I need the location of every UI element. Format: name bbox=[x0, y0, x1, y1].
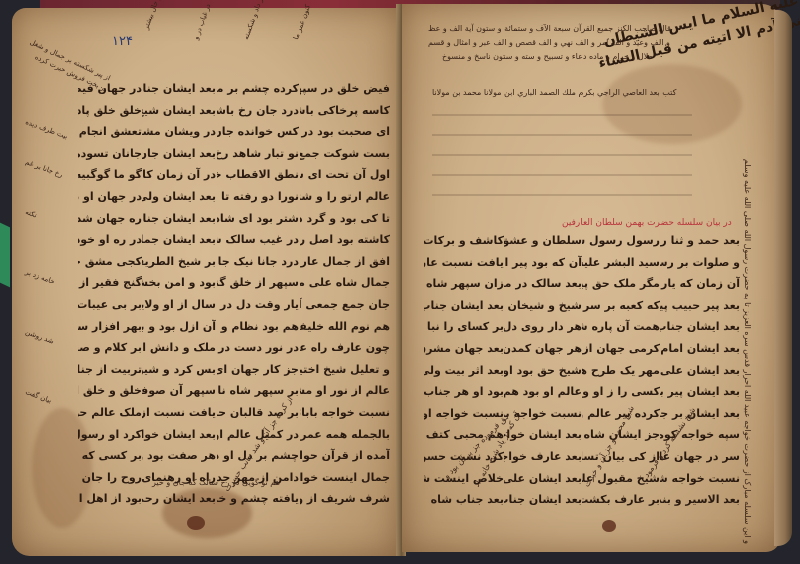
side-note: بیت طرف دیده bbox=[24, 118, 69, 142]
text-line: زان سپهر شاه بود bbox=[424, 273, 504, 295]
text-line: بست شوکت جمع بر خاکی در راد bbox=[300, 143, 390, 165]
text-line: درد جانا نیک جان حبیب bbox=[217, 251, 299, 273]
text-line: بود او هر جناب حق bbox=[424, 381, 504, 403]
header-note: حلال و حرام و ماده دعاء و تسبيح و سته و … bbox=[442, 52, 653, 61]
text-line: نسبت خواجه شیخ برکت bbox=[660, 468, 740, 490]
text-line: در ره او خود زهر داد bbox=[78, 229, 142, 251]
text-line: مگر ملک حق پیش آن bbox=[582, 273, 660, 295]
text-line: بهر افزار ساز از نام bbox=[78, 316, 142, 338]
text-line: بعد ایشان جان رضا bbox=[142, 143, 216, 165]
left-page: ۱۲۴ بهر حال بیشتر در غیاب در و بر داد و … bbox=[12, 8, 400, 556]
text-line: بر عارف بکشت تا جمر ات bbox=[582, 489, 660, 511]
text-line: بر کلام و صفی از ذات bbox=[78, 337, 142, 359]
text-line: بعد ایشان جناب بابا bbox=[504, 489, 582, 511]
text-line: درد جان رخ باشی سرودم bbox=[217, 100, 299, 122]
text-line: خلاص اینست شهره bbox=[424, 468, 504, 490]
text-line: گو ما گوگبیه سعادت ها bbox=[78, 164, 142, 186]
text-line: بر کسای را نبا قلب وحی bbox=[424, 316, 504, 338]
text-line: تا کی بود و گرد در همه جوش bbox=[300, 208, 390, 230]
text-line: عالم او بود هم بنده bbox=[504, 381, 582, 403]
text-line: کسی را ز او ولی ملک bbox=[582, 381, 660, 403]
text-line: بعد ایشان جناب سعد او bbox=[142, 208, 216, 230]
vertical-margin-note: و این سلسله مبارک از حضرت خواجه عبید الل… bbox=[743, 104, 752, 544]
text-line: کرد او رسول ا فزار bbox=[78, 424, 142, 446]
text-line: آن که بود پیر او صدیق bbox=[504, 252, 582, 274]
text-line: که کعبه بر سر او bbox=[582, 295, 660, 317]
text-line: یافت نسبت از و خلیفه الله bbox=[142, 402, 216, 424]
text-line: بود و امن بخش او ولی bbox=[142, 272, 216, 294]
side-note: نکته bbox=[24, 208, 38, 220]
text-line: سال از او ولایت و بر حاله bbox=[142, 294, 216, 316]
text-line: کرمی جهان از آن دات bbox=[582, 338, 660, 360]
bottom-note: هم تو گویی در رخ سالک که جان و خیر bbox=[152, 478, 280, 487]
rubric-heading: در بيان سلسله حضرت بهمن سلطان العارفين bbox=[562, 218, 732, 228]
text-line: بعد عارف خواجه رواشت bbox=[504, 446, 582, 468]
text-line: سر در جهان عالم او ست bbox=[660, 446, 740, 468]
text-column-1: فیض خلق در سپهر بجان بلات کاسه پرخاکی با… bbox=[300, 78, 390, 510]
text-line: یافت نسبت عارف نور bbox=[424, 252, 504, 274]
text-line: کس خوانده جان آن ذات bbox=[217, 121, 299, 143]
text-line: سپهر از خلق گنبد ابراهیم bbox=[217, 272, 299, 294]
text-line: در جهان او بنده کجی bbox=[78, 186, 142, 208]
faded-line bbox=[432, 114, 692, 116]
text-line: ملک و دانش او حق هم bbox=[142, 337, 216, 359]
text-line: ملک عالم حق ا اهل الله bbox=[78, 402, 142, 424]
text-line: ای صحبت بود در رهداد خاست bbox=[300, 121, 390, 143]
text-line: بر بی عیبات اثر بود bbox=[78, 294, 142, 316]
text-line: بعد ایشان بر جهان مکان bbox=[660, 403, 740, 425]
text-line: بعد ایشان خواجه قاسم bbox=[142, 424, 216, 446]
margin-note: در غیاب در و bbox=[192, 3, 213, 41]
text-line: هر جهان کمدن او را bbox=[504, 338, 582, 360]
text-line: بعد ایشان خواجه علا جان bbox=[504, 424, 582, 446]
side-note: بیان گفت bbox=[24, 388, 53, 406]
text-line: سپهر آن صوفیان ولی ب bbox=[142, 380, 216, 402]
page-edges bbox=[774, 10, 792, 546]
bookmark-ribbon bbox=[0, 223, 10, 288]
text-line: نطق الاقطاب خواجه علا bbox=[217, 164, 299, 186]
text-line: جز کار جهان ای کار نکرده bbox=[217, 359, 299, 381]
text-line: هم بود نظام و خاص bbox=[217, 316, 299, 338]
text-line: نورا دو رفته تا عالم و در bbox=[217, 186, 299, 208]
text-line: شتر بود ای شاد و در حق bbox=[217, 208, 299, 230]
text-line: چون عارف راه عشق آن کاشتی bbox=[300, 337, 390, 359]
text-line: کرده چشم بر ما بر یک است bbox=[217, 78, 299, 100]
text-line: بعد ایشان جناب خواجه bbox=[424, 295, 504, 317]
text-column-4: در جهان فیض زد کامل خلق خلق پادشاه تعشق … bbox=[78, 78, 142, 510]
text-line: بعد جناب شاه bbox=[424, 489, 504, 511]
text-line: رسول رسول سلطان بس bbox=[582, 230, 660, 252]
margin-note: کنون عمر ما bbox=[292, 4, 313, 41]
text-line: شیخ و شیخان را نیست bbox=[504, 295, 582, 317]
text-line: بر کسی که فتنه آورد bbox=[78, 445, 142, 467]
header-note: و الف وعيد و الف امر و الف نهي و الف قصص… bbox=[428, 38, 670, 47]
text-line: گنج فقیر از جهان جمال bbox=[78, 272, 142, 294]
text-line: همت آن پاره شک bbox=[582, 316, 660, 338]
text-line: بعد ایشان علی مقیب bbox=[504, 468, 582, 490]
text-line: هر صفت بود و جان ذکر bbox=[142, 445, 216, 467]
text-line: عالم ارتو را و شتر نور bbox=[300, 186, 390, 208]
text-line: اول آن تحت ای شادی است بار bbox=[300, 164, 390, 186]
text-column-3: بعد ایشان جناب پیر کامل بعد ایشان شیخ زن… bbox=[142, 78, 216, 510]
text-line: در ویشان مشتق نفس تا بوده bbox=[142, 121, 216, 143]
text-line: و تعلیل شیخ اختیار کرده bbox=[300, 359, 390, 381]
faded-line bbox=[432, 174, 692, 176]
text-line: بعد ایشان امام کرمان bbox=[660, 338, 740, 360]
faded-line bbox=[432, 154, 692, 156]
text-line: ره جهان شد بسی اصل bbox=[78, 208, 142, 230]
text-line: کاسه پرخاکی باشی بود م bbox=[300, 100, 390, 122]
faded-line bbox=[432, 194, 692, 196]
side-note: شد روشن bbox=[24, 328, 55, 347]
side-note: خامه زد بر bbox=[24, 268, 56, 287]
text-line: در نور دست در وح و شیفتی bbox=[217, 337, 299, 359]
water-stain bbox=[602, 64, 742, 144]
text-line: تعشق انجام او ره کنده bbox=[78, 121, 142, 143]
text-line: سید البشر علیه السلام bbox=[582, 252, 660, 274]
text-line: هم نوم الله خلیفه کامل bbox=[300, 316, 390, 338]
text-line: جمال اینست خواجه کی بر سیده bbox=[300, 467, 390, 489]
text-line: کجی مشق جهان ابر ذات bbox=[78, 251, 142, 273]
text-line: بعد ایشان جناب مرتضی bbox=[660, 316, 740, 338]
text-line: بعد حمد و ثنا رب جلیل bbox=[660, 230, 740, 252]
text-line: بعد الاسیر و بنده bbox=[660, 489, 740, 511]
text-line: تربیت از جناب بزرگ bbox=[78, 359, 142, 381]
text-line: بعد ایشان پیر بهار bbox=[660, 381, 740, 403]
text-line: و صلوات بر رسول کریم bbox=[660, 252, 740, 274]
ink-blot bbox=[187, 516, 205, 530]
text-line: کاشف و برکات طریقت bbox=[424, 230, 504, 252]
side-note: رخ جانا بر غم bbox=[24, 158, 64, 180]
header-note: قال صاحب الكنز جميع القرآن سبعة الآف و س… bbox=[428, 24, 671, 33]
text-column-4: کاشف و برکات طریقت یافت نسبت عارف نور زا… bbox=[424, 230, 504, 511]
text-line: فیض خلق در سپهر بجان بلات bbox=[300, 78, 390, 100]
text-line: هر دار روی دل حاجات bbox=[504, 316, 582, 338]
text-column-1: بعد حمد و ثنا رب جلیل و صلوات بر رسول کر… bbox=[660, 230, 740, 511]
text-line: آمده از قرآن حوا و ثبت bbox=[300, 445, 390, 467]
text-line: جمال شاه علی مکتب و ا bbox=[300, 272, 390, 294]
text-line: بعد ایشان جناب پیر کامل bbox=[142, 78, 216, 100]
text-line: عالم از نور او مشهور باد bbox=[300, 380, 390, 402]
text-line: بعد سالک در مقام صدیق bbox=[504, 273, 582, 295]
text-line: آن ازل بود و باد سایه بود bbox=[142, 316, 216, 338]
text-line: کاشته بود اصل را جا ی bbox=[300, 229, 390, 251]
text-line: نو تبار شاهد رخ در کار bbox=[217, 143, 299, 165]
text-line: بعد ایشان شیخ زنده bbox=[142, 100, 216, 122]
text-line: خلق خلق پادشاه bbox=[78, 100, 142, 122]
page-number: ۱۲۴ bbox=[112, 34, 133, 49]
text-line: جان جمع جمعی آن کامل bbox=[300, 294, 390, 316]
text-line: خلق و خلق او بود ب bbox=[78, 380, 142, 402]
text-line: مهر یک طرح هنگ بر آن bbox=[582, 360, 660, 382]
text-line: در آن زمان کامل ولی bbox=[142, 164, 216, 186]
right-page: قال النبي عليه السلام ما ايس الشيطان من … bbox=[402, 4, 780, 552]
text-line: نسبت خواجه بابائی او کرده bbox=[300, 402, 390, 424]
text-line: بعد ایشان ولی علم اول bbox=[142, 186, 216, 208]
text-line: یار وقت دل در وح او واصل bbox=[217, 294, 299, 316]
text-line: بالجمله همه عمر حیاتی او bbox=[300, 424, 390, 446]
text-line: بعد ایشان جمال کرمت bbox=[142, 229, 216, 251]
text-line: بعد ایشان علی بار برکت bbox=[660, 360, 740, 382]
text-line: بعد اثر بیت ولی چون bbox=[424, 360, 504, 382]
colophon-line: كتب بعد العاصي الراجي بكرم ملك الصمد الب… bbox=[432, 88, 676, 97]
text-line: بس کرد و شیوه ادب و شتر bbox=[142, 359, 216, 381]
ink-blot bbox=[602, 520, 616, 532]
text-line: بود از اهل او را کار bbox=[78, 488, 142, 510]
text-line: افق از جمال عارفی نیست bbox=[300, 251, 390, 273]
text-line: جانان تسوده در گلشن bbox=[78, 143, 142, 165]
text-line: شیخ حق بود او نیک bbox=[504, 360, 582, 382]
text-line: در جهان فیض زد کامل bbox=[78, 78, 142, 100]
text-line: بعد ایشان رحمت الله bbox=[142, 488, 216, 510]
text-line: نسبت خواجه او عارف رفیع bbox=[424, 403, 504, 425]
text-line: شرف شریف از و باکا bbox=[300, 488, 390, 510]
text-line: بعد پیر حبیب پیر bbox=[660, 295, 740, 317]
text-column-3: سلطان و عشق و روح آن که بود پیر او صدیق … bbox=[504, 230, 582, 511]
text-line: روح را جان جان کرد bbox=[78, 467, 142, 489]
text-line: بر شیخ الطریقه ساخت bbox=[142, 251, 216, 273]
text-line: آن زمان که یار شه bbox=[660, 273, 740, 295]
text-line: در غیب سالک شخص جان bbox=[217, 229, 299, 251]
text-line: سلطان و عشق و روح bbox=[504, 230, 582, 252]
faded-line bbox=[432, 134, 692, 136]
text-line: بعد جهان مشرق ای او bbox=[424, 338, 504, 360]
